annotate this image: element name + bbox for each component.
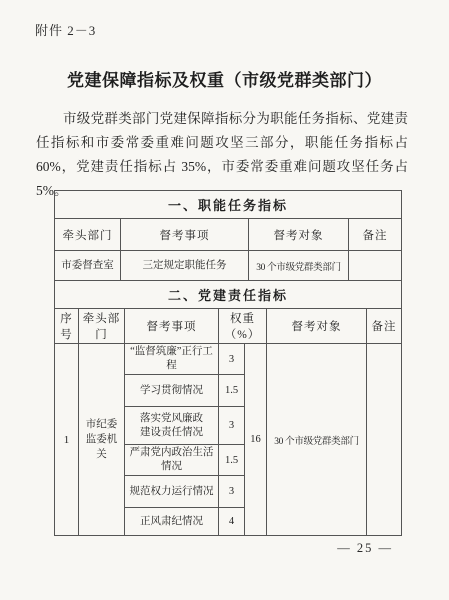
cell-subtotal-weight: 16 — [245, 344, 267, 536]
cell-item-weight: 4 — [219, 508, 245, 536]
cell-item-weight: 1.5 — [219, 445, 245, 476]
cell-item-weight: 1.5 — [219, 375, 245, 407]
attachment-label: 附件 2－3 — [35, 20, 96, 39]
tables-container: 一、职能任务指标 牵头部门 督考事项 督考对象 备注 市委督查室 三定规定职能任… — [54, 190, 401, 536]
page-number: — 25 — — [337, 541, 393, 556]
item-row: 1 市纪委 监委机关 “监督筑廉”正行工程 3 16 30 个市级党群类部门 — [55, 344, 402, 375]
intro-paragraph: 市级党群类部门党建保障指标分为职能任务指标、党建责任指标和市委常委重难问题攻坚三… — [36, 107, 408, 203]
column-header-lead-department: 牵头部门 — [79, 309, 125, 344]
column-header-assessment-target: 督考对象 — [267, 309, 367, 344]
table-row: 市委督查室 三定规定职能任务 30 个市级党群类部门 — [55, 251, 402, 281]
section1-title: 一、职能任务指标 — [55, 191, 402, 219]
column-header-remark: 备注 — [367, 309, 402, 344]
cell-assessment-target: 30 个市级党群类部门 — [267, 344, 367, 536]
cell-item-weight: 3 — [219, 407, 245, 445]
cell-lead-department: 市委督查室 — [55, 251, 121, 281]
column-header-remark: 备注 — [349, 219, 402, 251]
cell-lead-department: 市纪委 监委机关 — [79, 344, 125, 536]
section2-title: 二、党建责任指标 — [55, 281, 402, 309]
page-title: 党建保障指标及权重（市级党群类部门） — [0, 66, 449, 91]
cell-assessment-item: 规范权力运行情况 — [125, 476, 219, 508]
column-header-weight: 权重（%） — [219, 309, 267, 344]
cell-item-weight: 3 — [219, 476, 245, 508]
column-header-serial-number: 序号 — [55, 309, 79, 344]
column-header-assessment-item: 督考事项 — [121, 219, 249, 251]
cell-assessment-item: 正风肃纪情况 — [125, 508, 219, 536]
cell-assessment-item: 三定规定职能任务 — [121, 251, 249, 281]
cell-assessment-item: 落实党风廉政 建设责任情况 — [125, 407, 219, 445]
cell-assessment-item: 严肃党内政治生活情况 — [125, 445, 219, 476]
column-header-lead-department: 牵头部门 — [55, 219, 121, 251]
cell-remark — [367, 344, 402, 536]
column-header-assessment-target: 督考对象 — [249, 219, 349, 251]
party-responsibility-table: 二、党建责任指标 序号 牵头部门 督考事项 权重（%） 督考对象 备注 1 市纪… — [54, 280, 402, 536]
cell-remark — [349, 251, 402, 281]
cell-assessment-item: 学习贯彻情况 — [125, 375, 219, 407]
cell-assessment-target: 30 个市级党群类部门 — [249, 251, 349, 281]
cell-assessment-item: “监督筑廉”正行工程 — [125, 344, 219, 375]
column-header-assessment-item: 督考事项 — [125, 309, 219, 344]
cell-serial-number: 1 — [55, 344, 79, 536]
cell-item-weight: 3 — [219, 344, 245, 375]
functional-task-table: 一、职能任务指标 牵头部门 督考事项 督考对象 备注 市委督查室 三定规定职能任… — [54, 190, 402, 281]
